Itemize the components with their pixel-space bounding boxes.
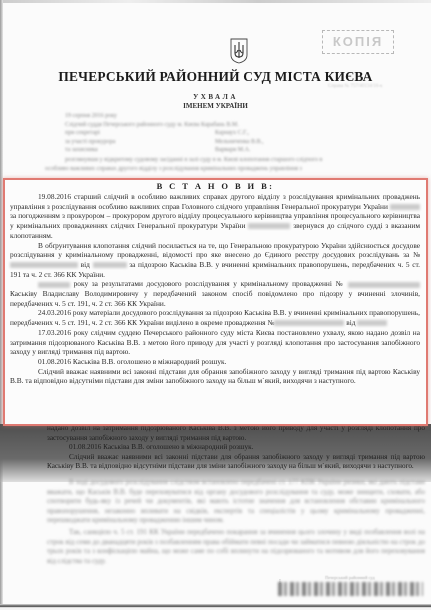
participant-role: та захисника xyxy=(65,146,215,155)
redacted-number xyxy=(274,320,344,326)
paragraph-detention-permit: 17.03.2016 року слідчим суддею Печерсько… xyxy=(5,328,426,357)
paragraph-suspicion: року за результатами досудового розсліду… xyxy=(5,279,426,308)
trident-coat-of-arms-icon xyxy=(230,38,248,64)
ruling-header: 19 серпня 2016 року Слідчий суддя Печерс… xyxy=(65,112,405,155)
text: від xyxy=(344,318,357,327)
section-title-established: В С Т А Н О В И В: xyxy=(5,181,426,192)
shadowed-paragraph: Слідчий вважає наявними всі законні підс… xyxy=(47,453,425,472)
scan-bottom-edge xyxy=(0,604,431,610)
participant-name: Варвари М.А. xyxy=(215,146,250,155)
paragraph-petition: 19.08.2016 старший слідчий в особливо ва… xyxy=(5,192,426,241)
ruling-date: 19 серпня 2016 року xyxy=(65,112,405,121)
shadowed-paragraph: надано дозвіл на затримання підозрюваног… xyxy=(47,424,425,443)
participant-row: та захисникаВарвари М.А. xyxy=(65,146,405,155)
in-the-name-of-ukraine: ІМЕНЕМ УКРАЇНИ xyxy=(0,102,431,110)
highlighted-section: В С Т А Н О В И В: 19.08.2016 старший сл… xyxy=(3,178,428,426)
redacted-name xyxy=(390,204,420,210)
preamble-line: розглянувши у відкритому судовому засіда… xyxy=(45,156,425,165)
copy-stamp: КОПІЯ xyxy=(322,30,394,54)
text: В обґрунтування клопотання слідчий посил… xyxy=(10,241,420,260)
paragraph-grounds: Слідчий вважає наявними всі законні підс… xyxy=(5,367,426,386)
case-number: Справа № 757/40134/16-к xyxy=(328,84,382,89)
court-name: ПЕЧЕРСЬКИЙ РАЙОННИЙ СУД МІСТА КИЄВА xyxy=(0,69,431,85)
text: року за результатами досудового розсліду… xyxy=(70,279,348,288)
redacted-signature-barcode xyxy=(278,582,423,596)
participant-name: Карнаух С.Г., xyxy=(215,129,249,138)
redacted-date xyxy=(93,262,127,268)
participant-name: Мельниченка В.В., xyxy=(215,138,263,147)
shadowed-paragraph: 01.08.2016 Каськіва В.В. оголошено в між… xyxy=(47,443,425,453)
text: від xyxy=(78,260,93,269)
scan-top-edge xyxy=(0,0,431,3)
redacted-date xyxy=(357,320,387,326)
redacted-date xyxy=(38,282,70,288)
paragraph-separation: 24.03.2016 року матеріали досудового роз… xyxy=(5,308,426,327)
text: 19.08.2016 старший слідчий в особливо ва… xyxy=(10,192,420,211)
participant-row: за участі прокурораМельниченка В.В., xyxy=(65,138,405,147)
preamble: розглянувши у відкритому судовому засіда… xyxy=(45,156,425,174)
blurred-paragraph: Так, санкцією ч. 5 ст. 191 КК України пе… xyxy=(47,528,425,566)
participant-row: при секретаріКарнаух С.Г., xyxy=(65,129,405,138)
redacted-number xyxy=(10,262,78,268)
blurred-body: В ході досудового розслідування слідство… xyxy=(47,478,425,566)
redacted-number xyxy=(348,282,420,288)
preamble-line: особливо важливих справах другого відділ… xyxy=(45,165,425,174)
document-type: УХВАЛА xyxy=(0,93,431,101)
participant-role: при секретарі xyxy=(65,129,215,138)
judge-line: Слідчий суддя Печерського районного суду… xyxy=(65,121,405,130)
shadowed-text: надано дозвіл на затримання підозрюваног… xyxy=(47,424,425,472)
signature-caption: Печерський районний суд xyxy=(325,575,375,580)
participant-role: за участі прокурора xyxy=(65,138,215,147)
blurred-paragraph: В ході досудового розслідування слідство… xyxy=(47,478,425,526)
text: Каськіву Владиславу Володимировичу у пер… xyxy=(10,289,420,308)
document-page: КОПІЯ ПЕЧЕРСЬКИЙ РАЙОННИЙ СУД МІСТА КИЄВ… xyxy=(0,0,431,610)
paragraph-justification: В обґрунтування клопотання слідчий посил… xyxy=(5,241,426,280)
paragraph-international-search: 01.08.2016 Каськіва В.В. оголошено в між… xyxy=(5,357,426,367)
redacted-name xyxy=(248,223,290,229)
